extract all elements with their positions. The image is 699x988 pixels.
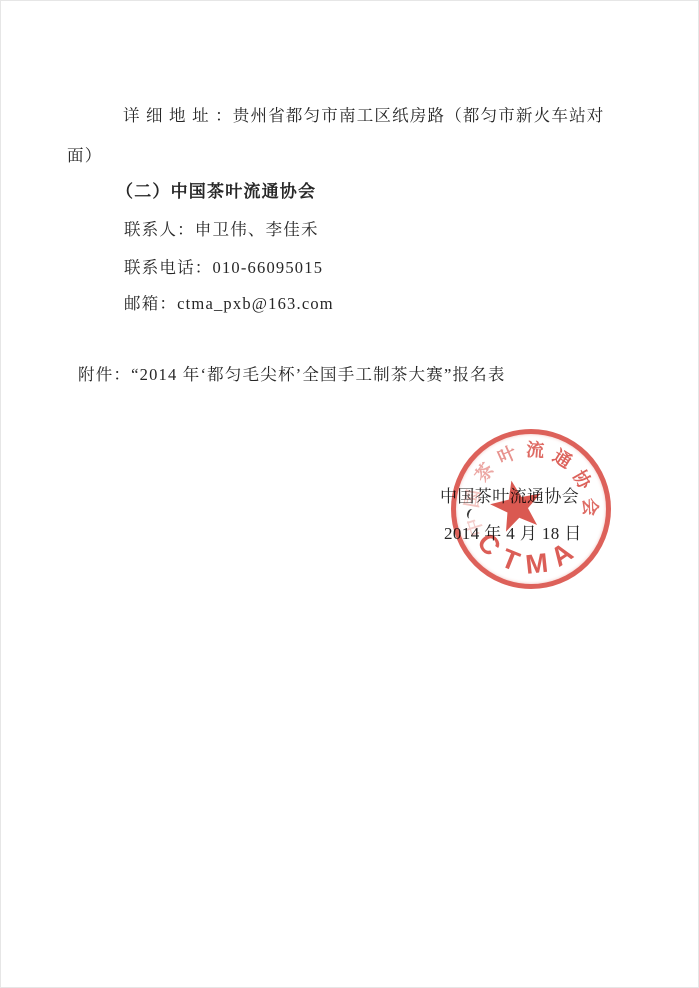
attachment-note-line: 附件：“2014 年‘都匀毛尖杯’全国手工制茶大赛”报名表 [78,365,506,385]
section-heading: （二）中国茶叶流通协会 [116,182,316,202]
address-line-2: 面） [67,146,102,166]
address-line-1: 详 细 地 址 ：贵州省都匀市南工区纸房路（都匀市新火车站对 [123,106,605,126]
document-page: 详 细 地 址 ：贵州省都匀市南工区纸房路（都匀市新火车站对 面） （二）中国茶… [0,0,699,988]
seal-arc-char: 通 [547,444,577,474]
signature-date: 2014 年 4 月 18 日 [444,524,582,544]
seal-arc-char: 流 [523,438,546,461]
seal-arc-char: 茶 [469,457,500,488]
email-line: 邮箱：ctma_pxb@163.com [124,294,334,314]
seal-ctma-char: T [493,542,528,578]
contact-person-line: 联系人：申卫伟、李佳禾 [124,220,319,240]
official-seal-stamp: 中国茶叶流通协会 CTMA [451,429,611,589]
seal-arc-char: 会 [579,496,602,519]
ink-smudge-mark [466,508,477,520]
seal-arc-char: 叶 [492,441,521,470]
seal-ctma-char: M [522,548,551,579]
seal-ring [451,429,611,589]
signature-org: 中国茶叶流通协会 [440,487,579,507]
contact-phone-line: 联系电话：010-66095015 [124,258,323,278]
